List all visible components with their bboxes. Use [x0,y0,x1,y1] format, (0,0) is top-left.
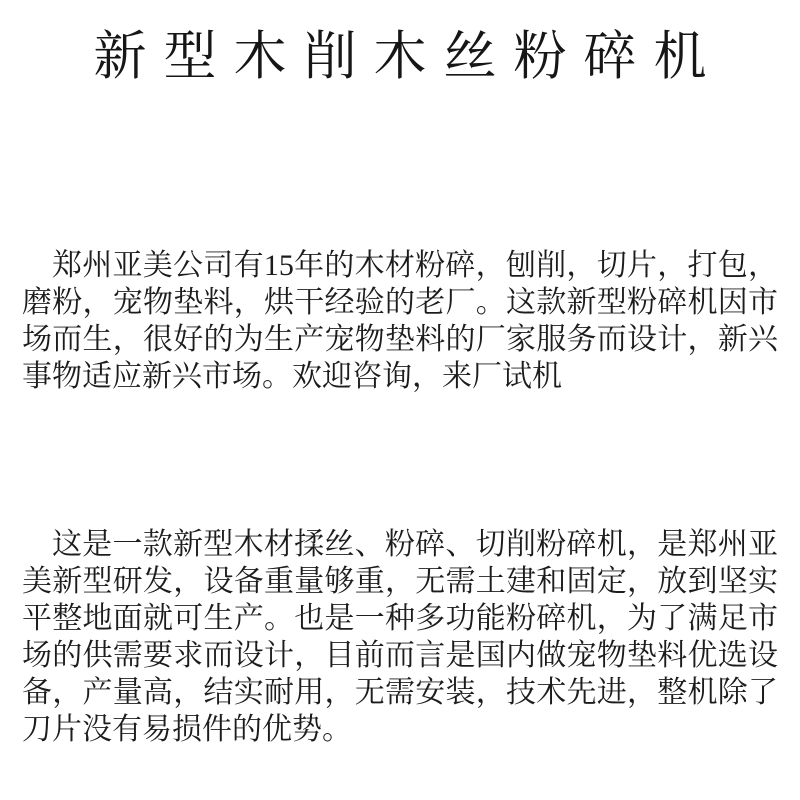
page-title: 新型木削木丝粉碎机 [0,27,800,87]
page: { "title": "新型木削木丝粉碎机", "paragraphs": [ … [0,0,800,800]
company-intro-paragraph: 郑州亚美公司有15年的木材粉碎，刨削，切片，打包，磨粉，宠物垫料，烘干经验的老厂… [22,247,778,395]
product-description-paragraph: 这是一款新型木材揉丝、粉碎、切削粉碎机，是郑州亚美新型研发，设备重量够重，无需土… [22,526,778,748]
document: 新型木削木丝粉碎机 郑州亚美公司有15年的木材粉碎，刨削，切片，打包，磨粉，宠物… [0,0,800,800]
